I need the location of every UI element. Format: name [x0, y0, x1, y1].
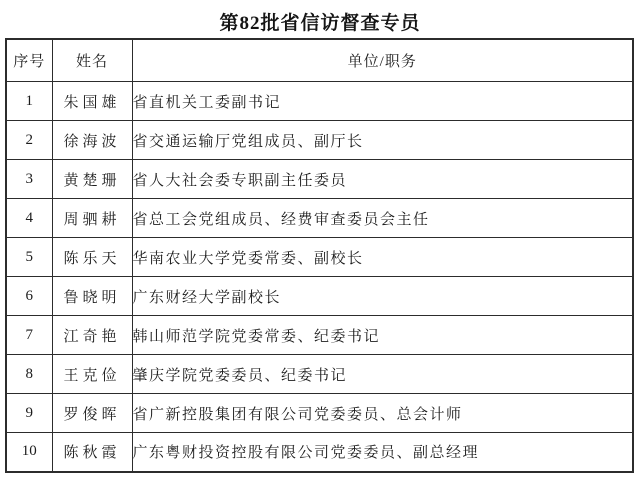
row-number: 1 [6, 82, 52, 121]
unit-position: 韩山师范学院党委常委、纪委书记 [132, 316, 633, 355]
unit-position: 广东财经大学副校长 [132, 277, 633, 316]
unit-position: 肇庆学院党委委员、纪委书记 [132, 355, 633, 394]
roster-table: 序号 姓名 单位/职务 1 朱国雄 省直机关工委副书记 2 徐海波 省交通运输厅… [5, 38, 634, 473]
table-row: 2 徐海波 省交通运输厅党组成员、副厅长 [6, 121, 633, 160]
unit-position: 华南农业大学党委常委、副校长 [132, 238, 633, 277]
table-row: 10 陈秋霞 广东粤财投资控股有限公司党委委员、副总经理 [6, 433, 633, 472]
document-page: 第82批省信访督查专员 序号 姓名 单位/职务 1 朱国雄 省直机关工委副书记 … [0, 0, 640, 480]
table-row: 5 陈乐天 华南农业大学党委常委、副校长 [6, 238, 633, 277]
table-header: 序号 姓名 单位/职务 [6, 39, 633, 82]
row-number: 2 [6, 121, 52, 160]
person-name: 鲁晓明 [52, 277, 132, 316]
page-title: 第82批省信访督查专员 [0, 0, 640, 35]
person-name: 江奇艳 [52, 316, 132, 355]
row-number: 4 [6, 199, 52, 238]
table-body: 1 朱国雄 省直机关工委副书记 2 徐海波 省交通运输厅党组成员、副厅长 3 黄… [6, 82, 633, 472]
table-row: 4 周驷耕 省总工会党组成员、经费审查委员会主任 [6, 199, 633, 238]
header-row: 序号 姓名 单位/职务 [6, 39, 633, 82]
unit-position: 省交通运输厅党组成员、副厅长 [132, 121, 633, 160]
table-row: 1 朱国雄 省直机关工委副书记 [6, 82, 633, 121]
row-number: 3 [6, 160, 52, 199]
header-name: 姓名 [52, 39, 132, 82]
unit-position: 省总工会党组成员、经费审查委员会主任 [132, 199, 633, 238]
row-number: 10 [6, 433, 52, 472]
person-name: 朱国雄 [52, 82, 132, 121]
person-name: 王克俭 [52, 355, 132, 394]
person-name: 陈乐天 [52, 238, 132, 277]
person-name: 周驷耕 [52, 199, 132, 238]
table-row: 3 黄楚珊 省人大社会委专职副主任委员 [6, 160, 633, 199]
person-name: 黄楚珊 [52, 160, 132, 199]
person-name: 陈秋霞 [52, 433, 132, 472]
row-number: 7 [6, 316, 52, 355]
row-number: 8 [6, 355, 52, 394]
row-number: 9 [6, 394, 52, 433]
table-row: 6 鲁晓明 广东财经大学副校长 [6, 277, 633, 316]
unit-position: 省广新控股集团有限公司党委委员、总会计师 [132, 394, 633, 433]
table-row: 7 江奇艳 韩山师范学院党委常委、纪委书记 [6, 316, 633, 355]
person-name: 徐海波 [52, 121, 132, 160]
row-number: 5 [6, 238, 52, 277]
table-row: 9 罗俊晖 省广新控股集团有限公司党委委员、总会计师 [6, 394, 633, 433]
unit-position: 省直机关工委副书记 [132, 82, 633, 121]
person-name: 罗俊晖 [52, 394, 132, 433]
header-no: 序号 [6, 39, 52, 82]
header-unit: 单位/职务 [132, 39, 633, 82]
row-number: 6 [6, 277, 52, 316]
table-row: 8 王克俭 肇庆学院党委委员、纪委书记 [6, 355, 633, 394]
unit-position: 省人大社会委专职副主任委员 [132, 160, 633, 199]
unit-position: 广东粤财投资控股有限公司党委委员、副总经理 [132, 433, 633, 472]
